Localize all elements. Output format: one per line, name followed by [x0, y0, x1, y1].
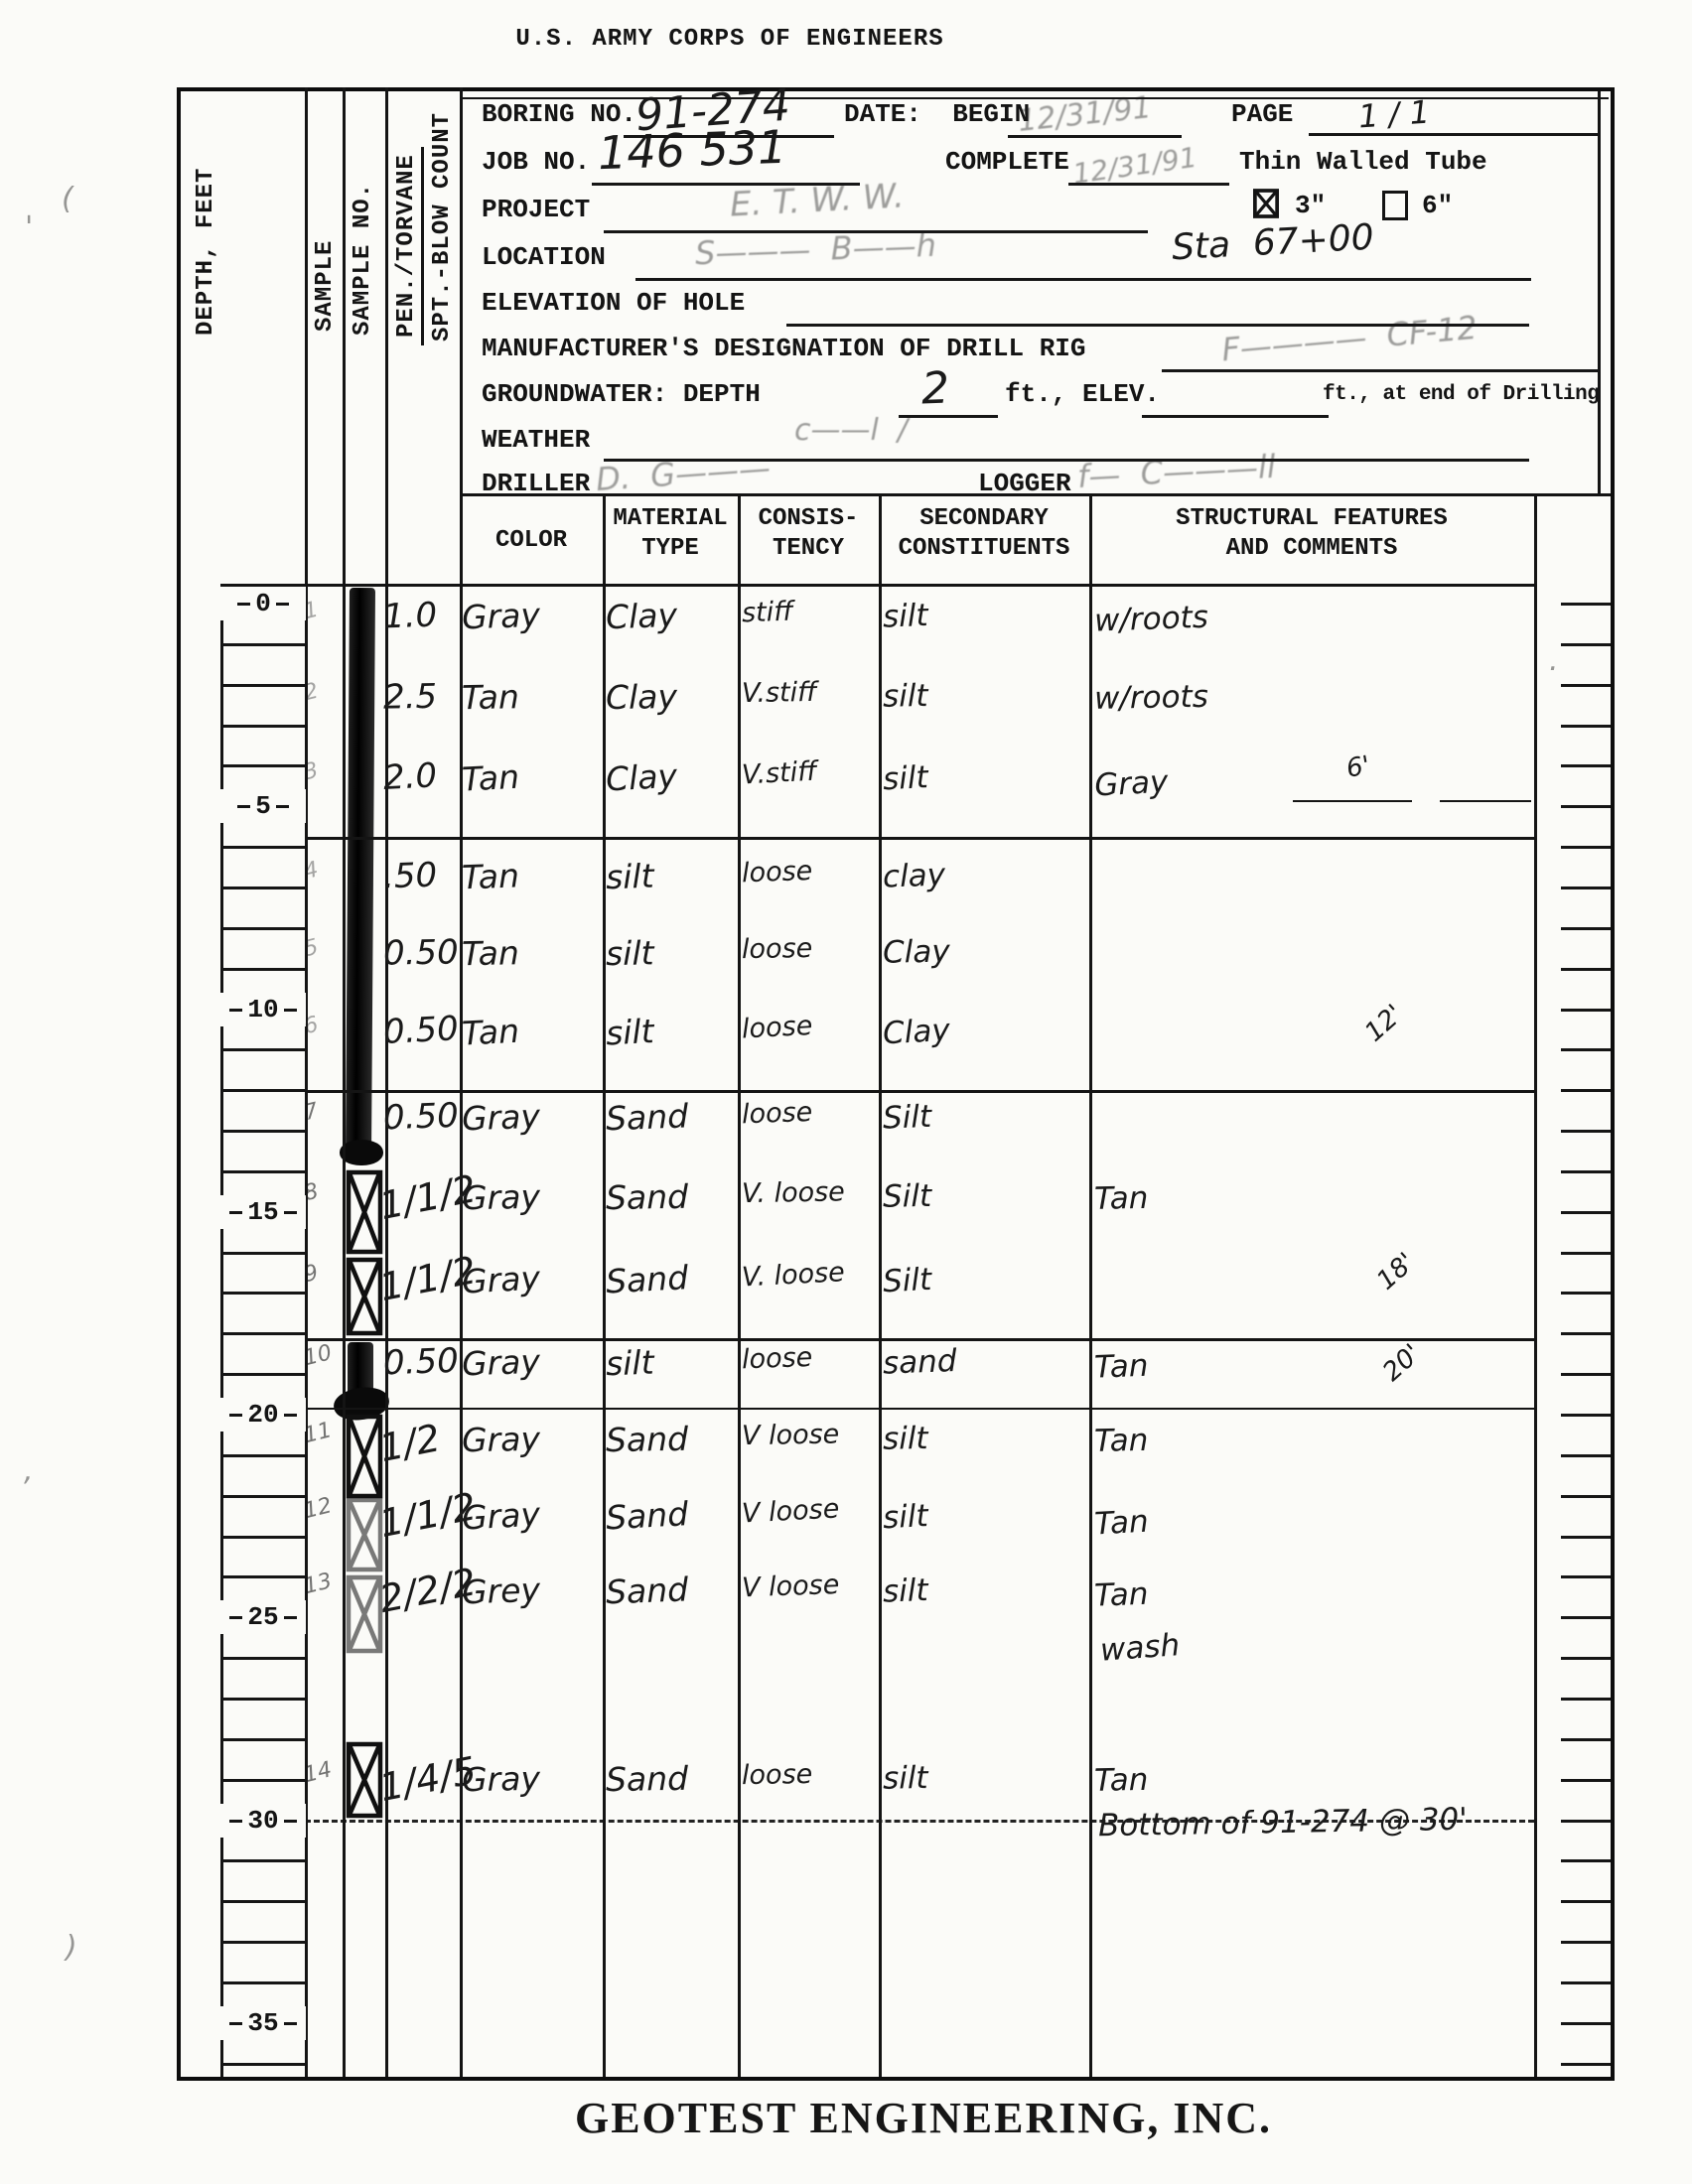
form-underline: [592, 183, 860, 186]
right-depth-tick: [1561, 1170, 1611, 1173]
depth-label-value: 0: [255, 589, 271, 618]
depth-tick: [222, 1779, 305, 1782]
right-depth-tick: [1561, 1859, 1611, 1862]
depth-tick: [222, 1981, 305, 1984]
tick-dash: [284, 1211, 297, 1214]
cell-pen: 0.50: [382, 1341, 461, 1384]
spt-sampler-symbol: [346, 1169, 383, 1260]
depth-tick: [222, 1738, 305, 1741]
form-underline: [624, 135, 834, 138]
cell-material: silt: [605, 854, 737, 897]
checkbox-3in-checked-icon: [1253, 189, 1279, 218]
right-depth-tick: [1561, 1454, 1611, 1457]
grid-vline: [1534, 493, 1537, 2077]
right-depth-tick: [1561, 2063, 1611, 2066]
grid-vline: [738, 493, 741, 2077]
cell-color: Tan: [461, 752, 602, 798]
right-depth-tick: [1561, 1575, 1611, 1578]
right-depth-tick: [1561, 643, 1611, 646]
cell-material: silt: [605, 1008, 738, 1053]
right-depth-tick: [1561, 1332, 1611, 1335]
cell-material: Sand: [605, 1492, 738, 1538]
cell-material: Clay: [605, 753, 738, 799]
cell-material: Clay: [605, 594, 737, 637]
cell-secondary: Clay: [883, 931, 1088, 971]
tick-dash: [284, 1414, 297, 1417]
cell-secondary: silt: [883, 1418, 1088, 1457]
boring-no-label: BORING NO.: [482, 99, 636, 129]
depth-tick: [222, 1252, 305, 1255]
depth-tick: [222, 684, 305, 687]
grid-vline: [1089, 493, 1092, 2077]
depth-tick: [222, 1332, 305, 1335]
elevation-label: ELEVATION OF HOLE: [482, 288, 745, 318]
cell-color: Tan: [462, 932, 602, 973]
right-depth-tick: [1561, 684, 1611, 687]
job-no-value: 146 531: [597, 120, 787, 181]
cell-color: Gray: [461, 1340, 601, 1384]
tick-dash: [229, 1414, 242, 1417]
sample-no-label: SAMPLE NO.: [350, 183, 376, 336]
cell-secondary: sand: [882, 1338, 1087, 1381]
cell-color: Gray: [462, 1419, 602, 1459]
cell-consistency: loose: [742, 1095, 878, 1131]
tick-dash: [229, 1820, 242, 1823]
right-depth-tick: [1561, 846, 1611, 849]
depth-label-value: 25: [247, 1602, 278, 1632]
depth-tick: [222, 1170, 305, 1173]
form-underline: [604, 230, 1148, 233]
scan-artifact: (: [62, 182, 73, 216]
form-underline: [635, 278, 1531, 281]
grid-vline: [1598, 91, 1601, 493]
grid-hline: [460, 493, 1611, 496]
grid-hline: [460, 97, 1609, 99]
depth-tick: [222, 725, 305, 728]
cell-material: silt: [605, 1340, 737, 1384]
depth-label: 20: [220, 1398, 306, 1432]
depth-tick: [222, 1373, 305, 1376]
right-depth-tick: [1561, 603, 1611, 606]
checkbox-6in-empty-icon: [1382, 191, 1408, 220]
cell-color: Gray: [462, 1758, 602, 1799]
depth-tick: [222, 1454, 305, 1457]
ink-blob: [340, 1140, 383, 1165]
right-depth-tick: [1561, 1373, 1611, 1376]
scan-artifact: .: [1549, 643, 1559, 678]
tick-dash: [229, 2022, 242, 2025]
page-title: U.S. ARMY CORPS OF ENGINEERS: [452, 26, 1008, 53]
cell-pen: 0.50: [383, 932, 462, 973]
cell-pen: 2.0: [382, 754, 462, 798]
cell-color: Tan: [461, 1007, 602, 1052]
depth-label-value: 30: [247, 1806, 278, 1836]
tick-dash: [276, 603, 289, 606]
cell-secondary: Silt: [882, 1093, 1087, 1136]
spt-sampler-symbol: [346, 1257, 383, 1341]
right-depth-tick: [1561, 1981, 1611, 1984]
cell-material: Clay: [606, 676, 738, 717]
right-depth-tick: [1561, 1698, 1611, 1701]
cell-secondary: silt: [882, 592, 1087, 634]
cell-consistency: loose: [742, 854, 878, 889]
grid-hline: [220, 584, 1534, 587]
right-depth-tick: [1561, 1616, 1611, 1619]
right-depth-tick: [1561, 1657, 1611, 1660]
cell-material: Sand: [605, 1095, 737, 1139]
project-label: PROJECT: [482, 195, 590, 224]
scan-artifact: ,: [24, 1453, 34, 1488]
tube-3in-label: 3": [1295, 191, 1326, 220]
depth-label-value: 5: [255, 791, 271, 821]
cell-pen: 0.50: [382, 1096, 461, 1139]
cell-color: Gray: [462, 1176, 602, 1217]
tick-dash: [284, 1009, 297, 1012]
form-underline: [1142, 415, 1329, 418]
form-underline: [1162, 369, 1601, 372]
depth-tick: [222, 1657, 305, 1660]
complete-label: COMPLETE: [945, 147, 1069, 177]
date-begin-label: DATE: BEGIN: [844, 99, 1030, 129]
cell-consistency: loose: [742, 1340, 878, 1376]
job-no-label: JOB NO.: [482, 147, 590, 177]
elev-ft-label: ft., ELEV.: [1005, 379, 1160, 409]
cell-color: Gray: [461, 1095, 601, 1139]
column-header-material: MATERIAL TYPE: [603, 504, 738, 564]
right-depth-tick: [1561, 1738, 1611, 1741]
grid-vline: [421, 147, 424, 345]
column-header-consistency-line1: CONSIS-: [738, 504, 879, 534]
cell-color: Gray: [461, 594, 601, 637]
column-header-consistency: CONSIS- TENCY: [738, 504, 879, 564]
cell-pen: .50: [382, 855, 461, 897]
scan-artifact: ): [66, 1930, 77, 1965]
scan-artifact: ': [25, 210, 33, 245]
right-depth-tick: [1561, 1941, 1611, 1944]
depth-label: 5: [220, 789, 306, 823]
tick-dash: [284, 1820, 297, 1823]
right-depth-tick: [1561, 1414, 1611, 1417]
cell-secondary: silt: [883, 675, 1088, 715]
cell-pen: 1.0: [382, 595, 461, 637]
grid-hline: [305, 1090, 1534, 1093]
tick-dash: [276, 805, 289, 808]
right-depth-tick: [1561, 805, 1611, 808]
depth-tick: [222, 1941, 305, 1944]
cell-secondary: silt: [883, 1757, 1088, 1797]
grid-hline: [305, 837, 1534, 840]
depth-label: 35: [220, 2006, 306, 2040]
tick-dash: [284, 2022, 297, 2025]
right-depth-tick: [1561, 725, 1611, 728]
depth-label: 15: [220, 1195, 306, 1229]
right-depth-tick: [1561, 1130, 1611, 1133]
cell-consistency: stiff: [742, 594, 878, 629]
cell-material: Sand: [606, 1758, 738, 1799]
depth-tick: [222, 764, 305, 767]
cell-comments: Tan: [1094, 1755, 1530, 1799]
cell-color: Gray: [461, 1255, 602, 1300]
cell-consistency: V loose: [742, 1569, 878, 1604]
cell-consistency: V loose: [742, 1419, 878, 1451]
depth-tick: [222, 1292, 305, 1295]
column-header-secondary-line2: CONSTITUENTS: [879, 534, 1089, 564]
depth-label-value: 35: [247, 2008, 278, 2038]
tick-dash: [237, 805, 250, 808]
tick-dash: [237, 603, 250, 606]
column-header-color-text: COLOR: [495, 527, 567, 554]
right-depth-tick: [1561, 1292, 1611, 1295]
groundwater-label: GROUNDWATER: DEPTH: [482, 379, 761, 409]
right-depth-tick: [1561, 1820, 1611, 1823]
depth-label-value: 10: [247, 995, 278, 1024]
tick-dash: [284, 1616, 297, 1619]
pen-torvane-label: PEN./TORVANE: [393, 154, 420, 338]
right-depth-tick: [1561, 764, 1611, 767]
cell-secondary: Silt: [883, 1175, 1088, 1215]
right-depth-tick: [1561, 1009, 1611, 1012]
cell-material: Sand: [606, 1419, 738, 1459]
cell-color: Tan: [462, 676, 602, 717]
cell-pen: 2.5: [383, 676, 462, 717]
cell-secondary: silt: [882, 1567, 1087, 1609]
cell-color: Grey: [461, 1569, 601, 1612]
grid-vline: [879, 493, 882, 2077]
right-depth-tick: [1561, 1495, 1611, 1498]
depth-tick: [222, 1900, 305, 1903]
form-underline: [604, 459, 1529, 462]
spt-blow-count-label: SPT.-BLOW COUNT: [429, 112, 456, 341]
depth-tick: [222, 1089, 305, 1092]
cell-comments: w/roots: [1094, 673, 1530, 717]
location-label: LOCATION: [482, 242, 606, 272]
cell-pen: 0.50: [382, 1009, 462, 1052]
depth-tick: [222, 1495, 305, 1498]
grid-hline: [1293, 800, 1412, 802]
right-depth-tick: [1561, 1900, 1611, 1903]
depth-tick: [222, 2063, 305, 2066]
groundwater-depth-value: 2: [920, 363, 950, 415]
column-header-structural-line2: AND COMMENTS: [1089, 534, 1534, 564]
form-underline: [786, 324, 1529, 327]
depth-feet-label: DEPTH, FEET: [193, 168, 219, 336]
column-header-structural-line1: STRUCTURAL FEATURES: [1089, 504, 1534, 534]
column-header-consistency-line2: TENCY: [738, 534, 879, 564]
depth-tick: [222, 1698, 305, 1701]
cell-material: Sand: [606, 1176, 738, 1217]
grid-hline: [1440, 800, 1531, 802]
right-depth-tick: [1561, 927, 1611, 930]
cell-consistency: V. loose: [742, 1176, 878, 1209]
depth-tick: [222, 968, 305, 971]
depth-margin-note: 6': [1344, 751, 1373, 784]
right-depth-tick: [1561, 1779, 1611, 1782]
tick-dash: [229, 1616, 242, 1619]
tube-6in-label: 6": [1422, 191, 1453, 220]
depth-label-value: 15: [247, 1197, 278, 1227]
bottom-of-hole-note: Bottom of 91-274 @ 30': [1098, 1802, 1468, 1843]
weather-value: c——l /: [794, 413, 908, 448]
right-depth-tick: [1561, 1536, 1611, 1539]
depth-tick: [222, 846, 305, 849]
depth-tick: [222, 887, 305, 889]
right-depth-tick: [1561, 1252, 1611, 1255]
right-depth-tick: [1561, 887, 1611, 889]
form-underline: [899, 415, 998, 418]
spt-sampler-symbol: [346, 1497, 383, 1577]
right-depth-tick: [1561, 1048, 1611, 1051]
depth-tick: [222, 1536, 305, 1539]
right-depth-tick: [1561, 968, 1611, 971]
spt-sampler-symbol: [346, 1414, 383, 1504]
column-header-secondary: SECONDARY CONSTITUENTS: [879, 504, 1089, 564]
thin-walled-tube-label: Thin Walled Tube: [1239, 147, 1487, 177]
cell-comments: Tan: [1094, 1416, 1530, 1459]
tick-dash: [229, 1009, 242, 1012]
right-depth-tick: [1561, 1089, 1611, 1092]
weather-label: WEATHER: [482, 425, 590, 455]
cell-material: Sand: [605, 1569, 737, 1612]
column-header-secondary-line1: SECONDARY: [879, 504, 1089, 534]
cell-material: silt: [606, 932, 738, 973]
cell-color: Tan: [461, 854, 601, 897]
depth-label: 25: [220, 1600, 306, 1634]
depth-tick: [222, 1048, 305, 1051]
sample-label: SAMPLE: [312, 240, 339, 332]
right-depth-tick: [1561, 2022, 1611, 2025]
spt-sampler-symbol: [346, 1574, 383, 1659]
drill-rig-label: MANUFACTURER'S DESIGNATION OF DRILL RIG: [482, 334, 1086, 363]
depth-tick: [222, 643, 305, 646]
grid-hline: [305, 1408, 1534, 1410]
column-header-material-line1: MATERIAL: [603, 504, 738, 534]
tick-dash: [229, 1211, 242, 1214]
right-depth-tick: [1561, 1211, 1611, 1214]
company-footer: GEOTEST ENGINEERING, INC.: [427, 2093, 1420, 2143]
page-label: PAGE: [1231, 99, 1293, 129]
cell-color: Gray: [461, 1491, 602, 1537]
wash-note: wash: [1099, 1627, 1181, 1669]
column-header-color: COLOR: [460, 526, 603, 556]
boring-log-page: U.S. ARMY CORPS OF ENGINEERS DEPTH, FEET…: [0, 0, 1692, 2184]
depth-label: 0: [220, 587, 306, 620]
depth-tick: [222, 1130, 305, 1133]
cell-consistency: V.stiff: [742, 676, 878, 709]
cell-material: Sand: [605, 1256, 738, 1301]
column-header-material-line2: TYPE: [603, 534, 738, 564]
form-underline: [1309, 133, 1599, 136]
column-header-structural: STRUCTURAL FEATURES AND COMMENTS: [1089, 504, 1534, 564]
cell-secondary: clay: [882, 852, 1087, 894]
depth-label: 30: [220, 1804, 306, 1838]
depth-label: 10: [220, 993, 306, 1026]
end-of-drilling-label: ft., at end of Drilling: [1323, 383, 1599, 406]
depth-tick: [222, 1575, 305, 1578]
depth-tick: [222, 927, 305, 930]
cell-consistency: loose: [742, 932, 878, 965]
spt-sampler-symbol: [346, 1741, 383, 1824]
depth-tick: [222, 1859, 305, 1862]
depth-label-value: 20: [247, 1400, 278, 1430]
form-underline: [1008, 135, 1182, 138]
cell-comments: Tan: [1094, 1173, 1530, 1217]
cell-consistency: loose: [742, 1758, 878, 1791]
form-underline: [1068, 183, 1229, 186]
tube-sample-bar: [346, 588, 375, 1158]
